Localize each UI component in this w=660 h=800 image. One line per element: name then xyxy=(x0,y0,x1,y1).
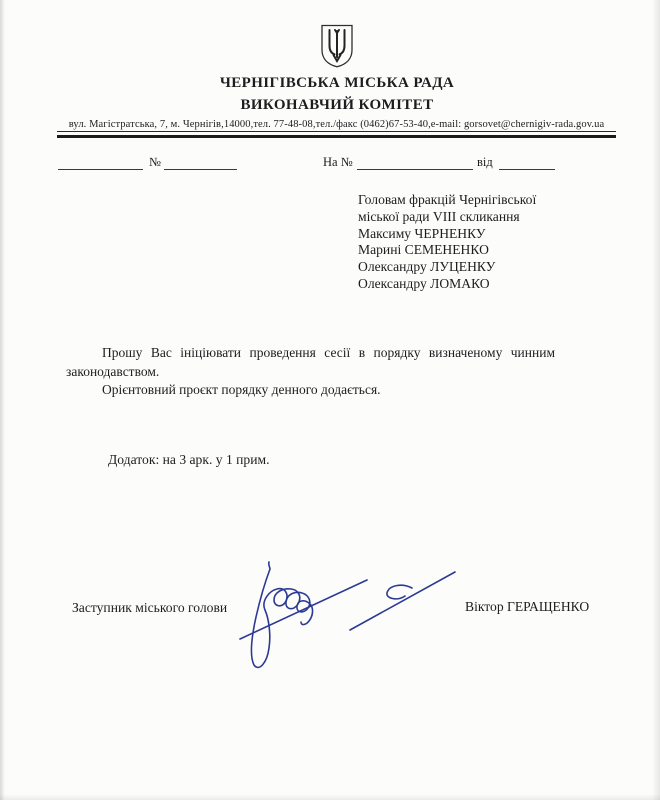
handwritten-signature-icon xyxy=(222,552,472,687)
recipient-line: Максиму ЧЕРНЕНКУ xyxy=(358,226,536,243)
reply-date-label: від xyxy=(477,155,493,170)
attachment-note: Додаток: на 3 арк. у 1 прим. xyxy=(108,452,270,468)
number-label: № xyxy=(149,155,161,170)
reply-date-blank xyxy=(499,156,555,170)
outgoing-date-blank xyxy=(58,156,143,170)
recipient-line: Олександру ЛОМАКО xyxy=(358,276,536,293)
scanned-letter-document: ЧЕРНІГІВСЬКА МІСЬКА РАДА ВИКОНАВЧИЙ КОМІ… xyxy=(0,0,660,800)
recipients-block: Головам фракцій Чернігівської міської ра… xyxy=(358,192,536,293)
recipient-line: Олександру ЛУЦЕНКУ xyxy=(358,259,536,276)
ukraine-tryzub-shield-icon xyxy=(320,24,354,68)
body-paragraph-2: Орієнтовний проєкт порядку денного додає… xyxy=(66,381,555,400)
signature-position-title: Заступник міського голови xyxy=(72,600,227,616)
scan-edge-bottom xyxy=(0,794,660,800)
in-reply-label: На № xyxy=(323,155,353,170)
reference-line: № На № від xyxy=(0,155,660,173)
signer-name: Віктор ГЕРАЩЕНКО xyxy=(465,599,589,615)
org-name-heading: ЧЕРНІГІВСЬКА МІСЬКА РАДА xyxy=(22,75,652,92)
body-paragraph-1-line-1: Прошу Вас ініціювати проведення сесії в … xyxy=(66,344,555,363)
recipient-line: міської ради VIII скликання xyxy=(358,209,536,226)
body-paragraph-1-line-2: законодавством. xyxy=(66,363,555,382)
scan-edge-right xyxy=(652,0,660,800)
scan-edge-left xyxy=(0,0,5,800)
recipient-line: Головам фракцій Чернігівської xyxy=(358,192,536,209)
org-unit-heading: ВИКОНАВЧИЙ КОМІТЕТ xyxy=(22,97,652,114)
letterhead-rule xyxy=(57,135,616,138)
address-line: вул. Магістратська, 7, м. Чернігів,14000… xyxy=(57,119,616,132)
letter-body: Прошу Вас ініціювати проведення сесії в … xyxy=(66,344,555,400)
in-reply-number-blank xyxy=(357,156,473,170)
recipient-line: Марині СЕМЕНЕНКО xyxy=(358,242,536,259)
outgoing-number-blank xyxy=(164,156,237,170)
